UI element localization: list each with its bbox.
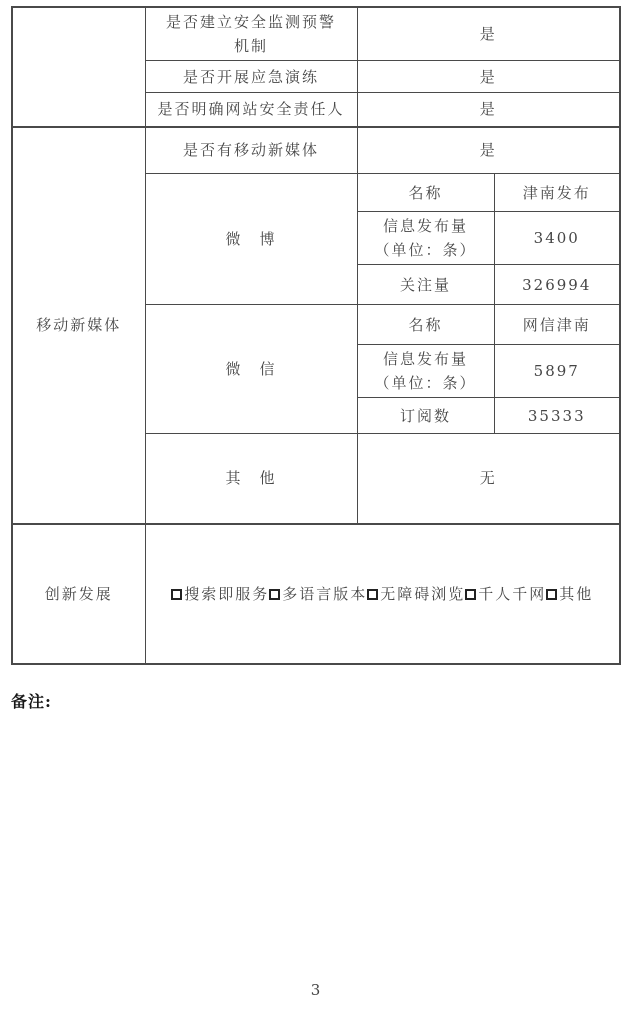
- innovation-option: 搜索即服务: [171, 585, 269, 603]
- weibo-field-label: 关注量: [357, 265, 494, 305]
- wechat-field-label: 订阅数: [357, 398, 494, 434]
- innovation-option-label: 搜索即服务: [184, 585, 269, 603]
- report-page: 是否建立安全监测预警 机制 是 是否开展应急演练 是 是否明确网站安全责任人 是…: [0, 0, 631, 1019]
- innovation-row: 创新发展 搜索即服务多语言版本无障碍浏览千人千网其他: [12, 524, 620, 664]
- innovation-option-label: 多语言版本: [282, 585, 367, 603]
- innovation-option: 其他: [546, 585, 593, 603]
- innovation-options-cell: 搜索即服务多语言版本无障碍浏览千人千网其他: [145, 524, 620, 664]
- annual-report-table: 是否建立安全监测预警 机制 是 是否开展应急演练 是 是否明确网站安全责任人 是…: [11, 6, 621, 665]
- checkbox-unchecked-icon: [367, 589, 378, 600]
- weibo-field-value: 3400: [494, 212, 620, 265]
- wechat-field-value: 5897: [494, 345, 620, 398]
- security-answer: 是: [357, 93, 620, 127]
- checkbox-unchecked-icon: [465, 589, 476, 600]
- mobile-media-section-label: 移动新媒体: [12, 127, 145, 524]
- innovation-option-label: 千人千网: [478, 585, 546, 603]
- security-question: 是否明确网站安全责任人: [145, 93, 357, 127]
- innovation-option: 无障碍浏览: [367, 585, 465, 603]
- weibo-field-label: 名称: [357, 174, 494, 212]
- security-row-monitoring: 是否建立安全监测预警 机制 是: [12, 7, 620, 61]
- other-media-value: 无: [357, 434, 620, 524]
- wechat-field-label: 名称: [357, 305, 494, 345]
- weibo-field-value: 326994: [494, 265, 620, 305]
- innovation-option: 千人千网: [465, 585, 546, 603]
- checkbox-unchecked-icon: [546, 589, 557, 600]
- mobile-media-question: 是否有移动新媒体: [145, 127, 357, 174]
- checkbox-unchecked-icon: [171, 589, 182, 600]
- innovation-section-label: 创新发展: [12, 524, 145, 664]
- wechat-field-value: 网信津南: [494, 305, 620, 345]
- security-question: 是否开展应急演练: [145, 61, 357, 93]
- security-answer: 是: [357, 7, 620, 61]
- weibo-platform-label: 微 博: [145, 174, 357, 305]
- mobile-media-answer: 是: [357, 127, 620, 174]
- weibo-field-label: 信息发布量 （单位：条）: [357, 212, 494, 265]
- innovation-option-label: 无障碍浏览: [380, 585, 465, 603]
- innovation-option-label: 其他: [559, 585, 593, 603]
- security-section-spacer-cell: [12, 7, 145, 127]
- security-question: 是否建立安全监测预警 机制: [145, 7, 357, 61]
- other-media-label: 其 他: [145, 434, 357, 524]
- page-number: 3: [0, 981, 631, 999]
- wechat-field-value: 35333: [494, 398, 620, 434]
- innovation-option: 多语言版本: [269, 585, 367, 603]
- wechat-field-label: 信息发布量 （单位：条）: [357, 345, 494, 398]
- mobile-media-has-row: 移动新媒体 是否有移动新媒体 是: [12, 127, 620, 174]
- checkbox-unchecked-icon: [269, 589, 280, 600]
- weibo-field-value: 津南发布: [494, 174, 620, 212]
- security-answer: 是: [357, 61, 620, 93]
- wechat-platform-label: 微 信: [145, 305, 357, 434]
- notes-label: 备注:: [11, 689, 52, 712]
